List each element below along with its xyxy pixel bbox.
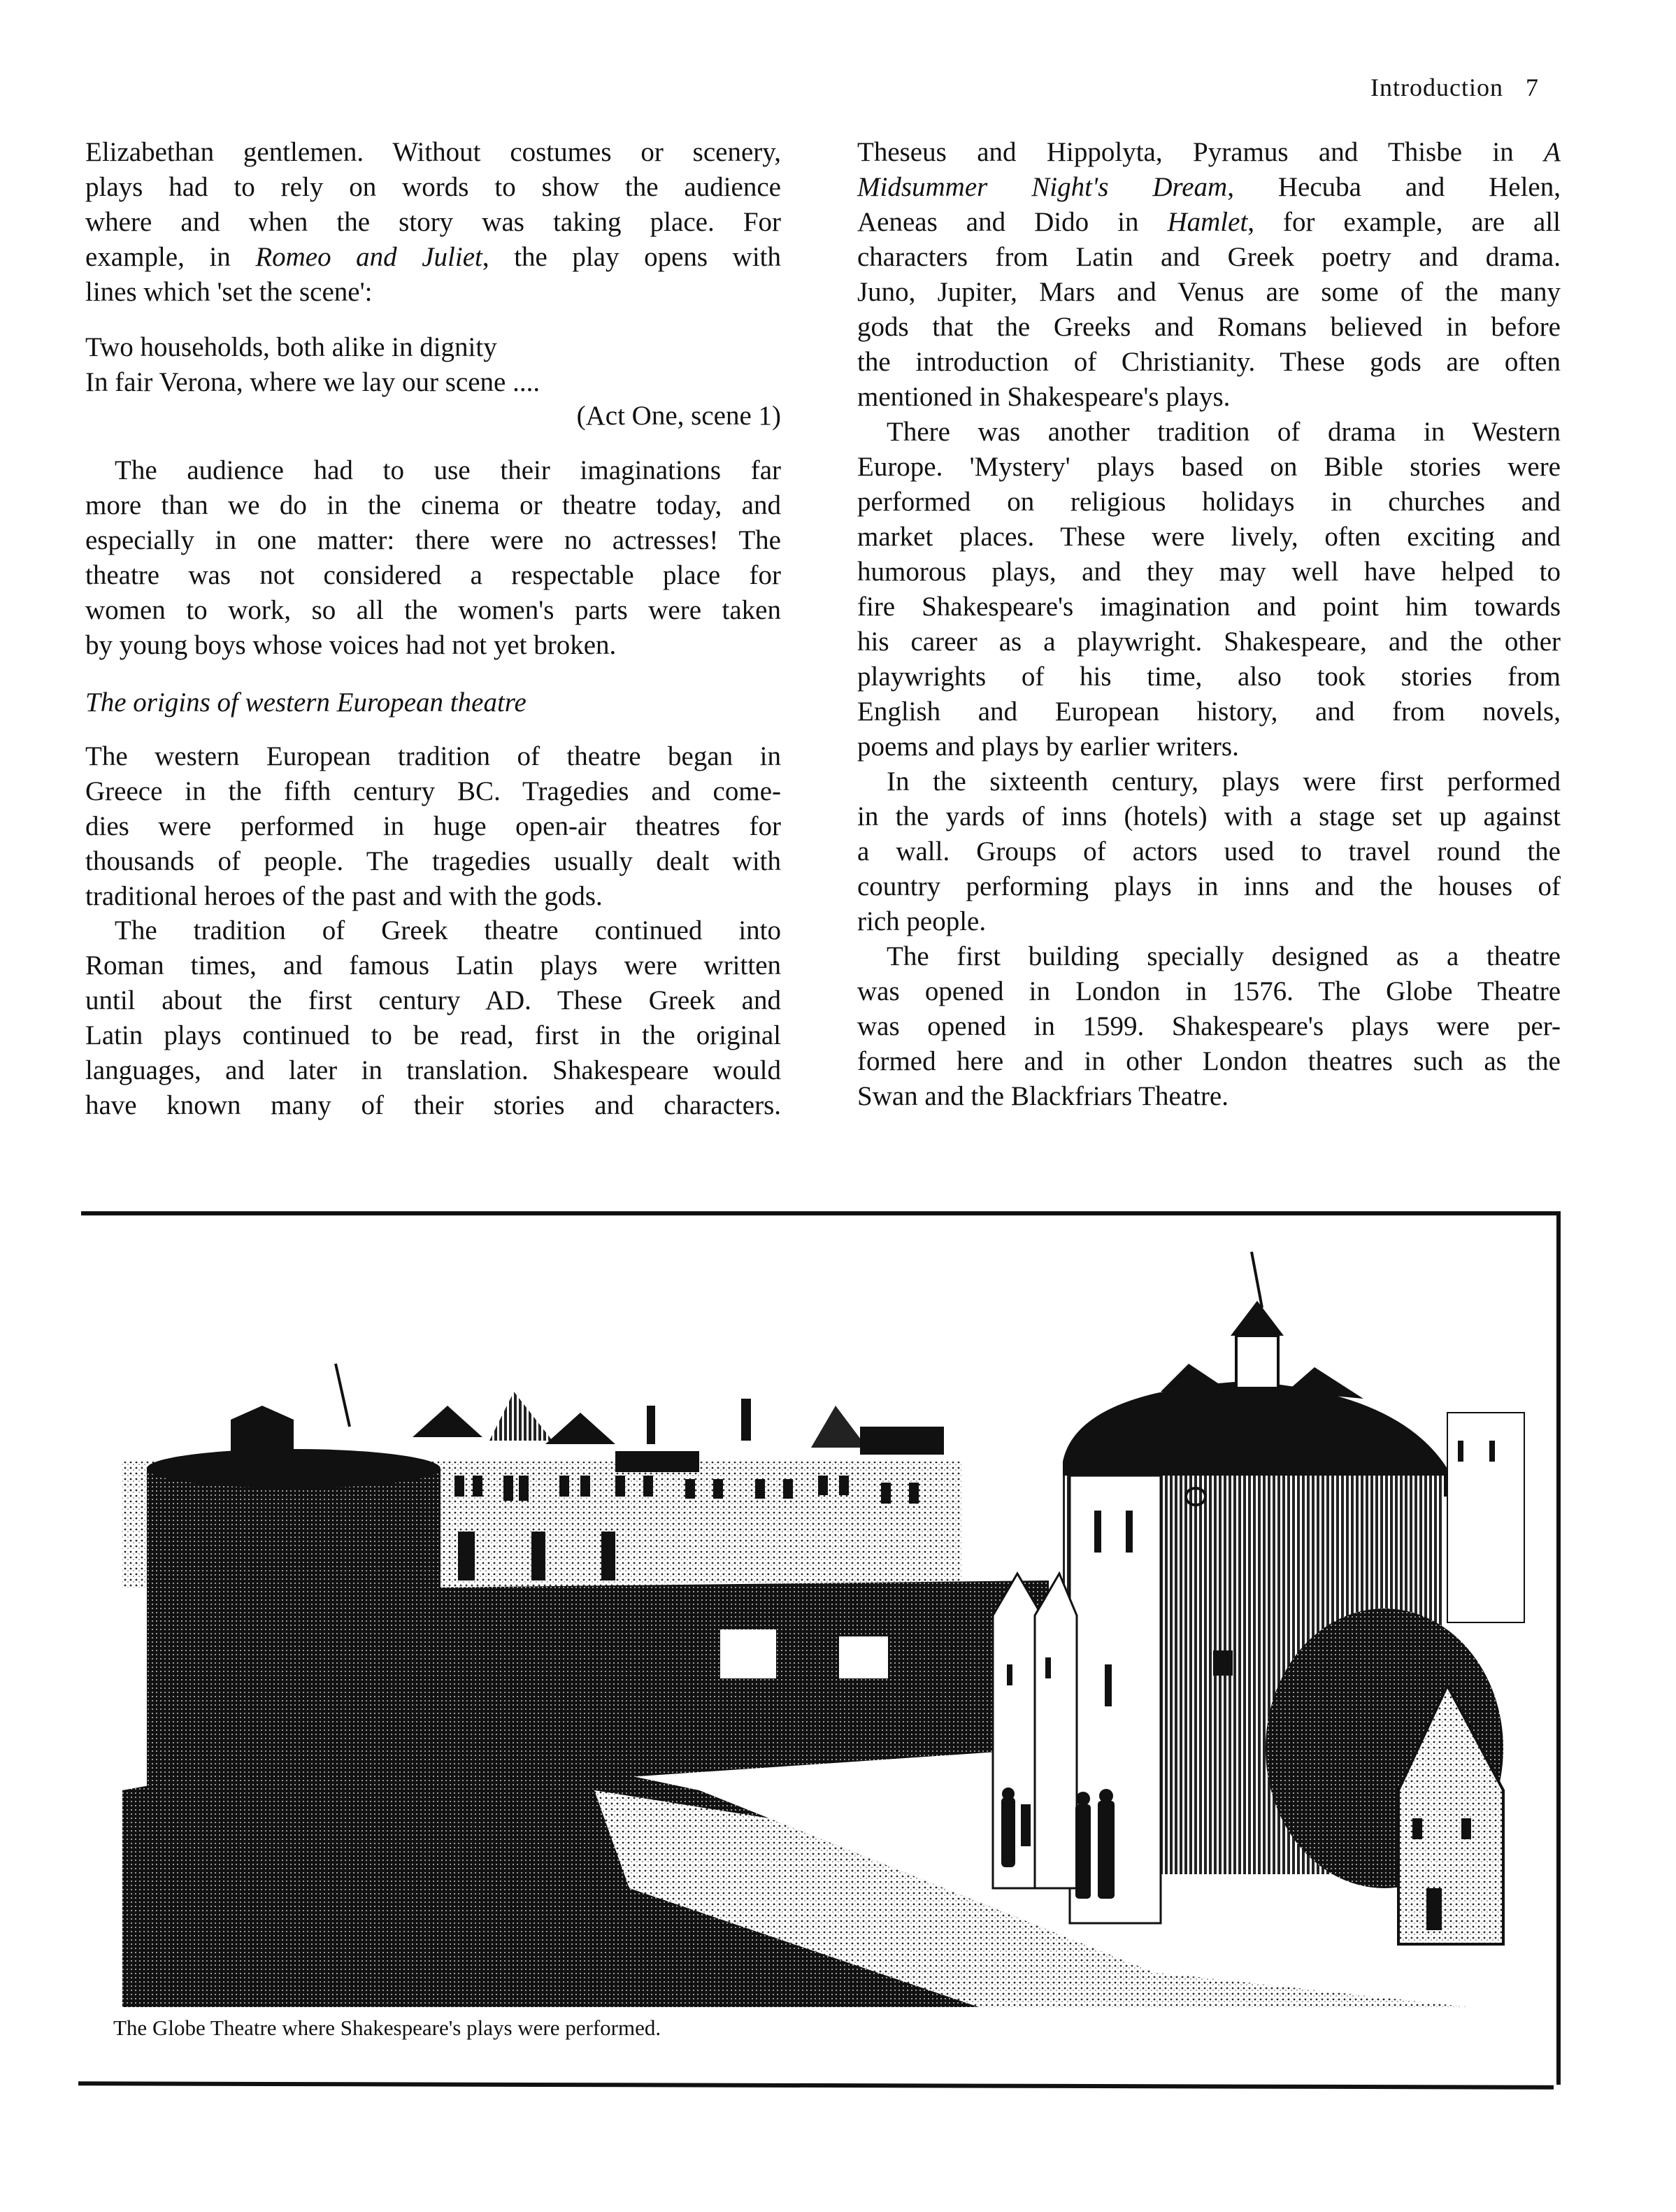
text-line: thousands of people. The tragedies usual… [85, 844, 781, 879]
text-line: characters from Latin and Greek poetry a… [857, 240, 1561, 275]
text-line: Europe. 'Mystery' plays based on Bible s… [857, 450, 1561, 485]
play-title-hamlet: Hamlet [1167, 207, 1247, 237]
text-line: country performing plays in inns and the… [857, 869, 1561, 904]
text-line: fire Shakespeare's imagination and point… [857, 590, 1561, 625]
text-line: in the yards of inns (hotels) with a sta… [857, 799, 1561, 834]
text-line: theatre was not considered a respectable… [85, 558, 781, 593]
text-line: performed on religious holidays in churc… [857, 485, 1561, 520]
figure-frame: The Globe Theatre where Shakespeare's pl… [78, 1210, 1561, 2088]
text-line: Elizabethan gentlemen. Without costumes … [85, 135, 781, 170]
verse-line: Two households, both alike in dignity [85, 330, 781, 365]
text-line: was opened in London in 1576. The Globe … [857, 974, 1561, 1009]
play-title-midsummer: Midsummer Night's Dream [857, 172, 1227, 202]
text-line: plays had to rely on words to show the a… [85, 170, 781, 205]
verse-citation: (Act One, scene 1) [85, 399, 781, 434]
text-line: a wall. Groups of actors used to travel … [857, 834, 1561, 869]
text-line: lines which 'set the scene': [85, 275, 781, 310]
text-line: In the sixteenth century, plays were fir… [857, 764, 1561, 799]
text-line: women to work, so all the women's parts … [85, 593, 781, 628]
play-title-romeo-and-juliet: Romeo and Juliet [255, 242, 482, 272]
text-line: The audience had to use their imaginatio… [85, 453, 781, 488]
running-head: Introduction7 [1370, 73, 1539, 102]
text-line: poems and plays by earlier writers. [857, 729, 1561, 764]
figure-caption: The Globe Theatre where Shakespeare's pl… [113, 2015, 661, 2041]
text-line: until about the first century AD. These … [85, 983, 781, 1018]
text-line: gods that the Greeks and Romans believed… [857, 310, 1561, 345]
text-span: example, in [85, 242, 255, 272]
text-line: Midsummer Night's Dream, Hecuba and Hele… [857, 170, 1561, 205]
text-line: Latin plays continued to be read, first … [85, 1018, 781, 1053]
text-line: formed here and in other London theatres… [857, 1044, 1561, 1079]
text-line: Greece in the fifth century BC. Tragedie… [85, 774, 781, 809]
text-span: , for example, are all [1247, 207, 1561, 237]
page-number: 7 [1526, 73, 1539, 102]
text-line: by young boys whose voices had not yet b… [85, 628, 781, 663]
text-line: The tradition of Greek theatre continued… [85, 913, 781, 948]
text-line: especially in one matter: there were no … [85, 523, 781, 558]
verse-line: In fair Verona, where we lay our scene .… [85, 365, 781, 400]
figure-bottom-rule [78, 2081, 1554, 2090]
text-line: Juno, Jupiter, Mars and Venus are some o… [857, 275, 1561, 310]
text-line: where and when the story was taking plac… [85, 205, 781, 240]
text-line: dies were performed in huge open-air the… [85, 809, 781, 844]
text-line: The first building specially designed as… [857, 939, 1561, 974]
play-title-fragment: A [1544, 137, 1561, 167]
text-line: Theseus and Hippolyta, Pyramus and Thisb… [857, 135, 1561, 170]
text-line: playwrights of his time, also took stori… [857, 659, 1561, 694]
text-line: traditional heroes of the past and with … [85, 879, 781, 914]
text-span: Aeneas and Dido in [857, 207, 1167, 237]
text-line: market places. These were lively, often … [857, 520, 1561, 555]
running-head-section: Introduction [1370, 73, 1503, 101]
text-line: Swan and the Blackfriars Theatre. [857, 1079, 1561, 1114]
text-line: his career as a playwright. Shakespeare,… [857, 625, 1561, 659]
text-span: , the play opens with [482, 242, 781, 272]
text-line: mentioned in Shakespeare's plays. [857, 380, 1561, 415]
text-line: was opened in 1599. Shakespeare's plays … [857, 1009, 1561, 1044]
text-line: English and European history, and from n… [857, 694, 1561, 729]
globe-theatre-engraving [78, 1210, 1561, 2014]
text-line: There was another tradition of drama in … [857, 415, 1561, 450]
text-span: Theseus and Hippolyta, Pyramus and Thisb… [857, 137, 1544, 167]
text-line: rich people. [857, 904, 1561, 939]
text-line: Aeneas and Dido in Hamlet, for example, … [857, 205, 1561, 240]
text-line: languages, and later in translation. Sha… [85, 1053, 781, 1088]
text-line: the introduction of Christianity. These … [857, 345, 1561, 380]
text-line: more than we do in the cinema or theatre… [85, 488, 781, 523]
text-span: , Hecuba and Helen, [1227, 172, 1561, 202]
text-line: Roman times, and famous Latin plays were… [85, 948, 781, 983]
text-line: The western European tradition of theatr… [85, 739, 781, 774]
section-heading: The origins of western European theatre [85, 685, 781, 720]
text-line: humorous plays, and they may well have h… [857, 555, 1561, 590]
book-page: Introduction7 Elizabethan gentlemen. Wit… [0, 0, 1676, 2212]
text-line: example, in Romeo and Juliet, the play o… [85, 240, 781, 275]
text-line: have known many of their stories and cha… [85, 1088, 781, 1123]
